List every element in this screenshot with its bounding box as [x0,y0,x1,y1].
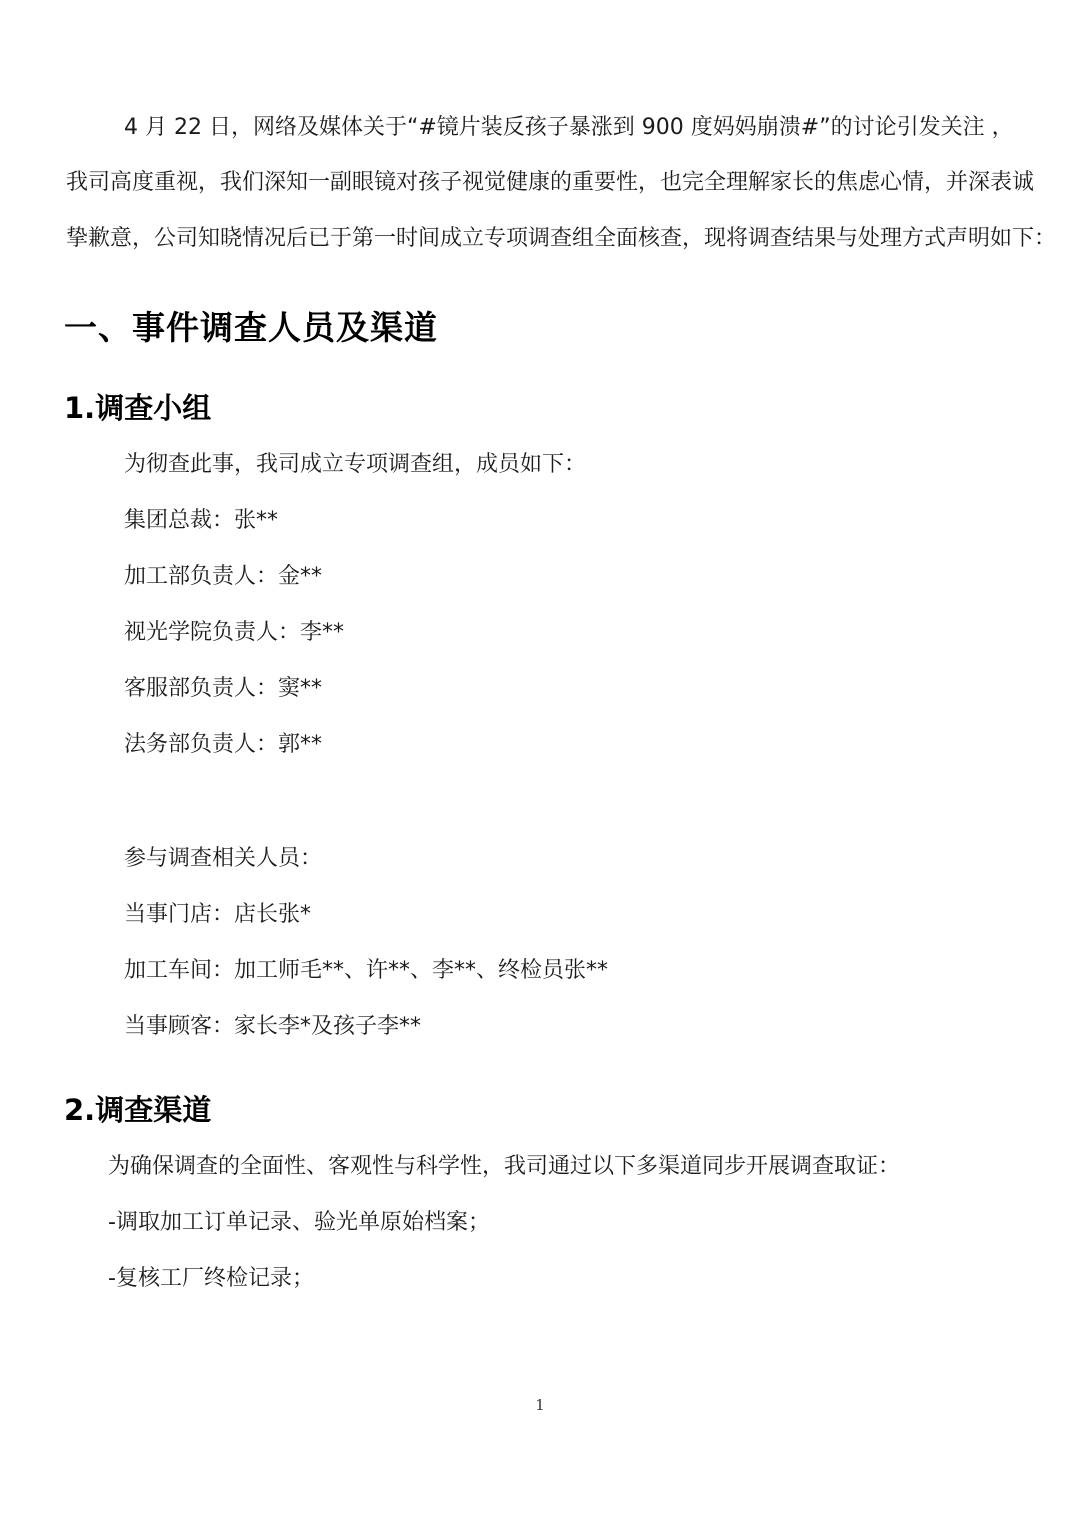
intro-line-1: 4 月 22 日，网络及媒体关于“#镜片装反孩子暴涨到 900 度妈妈崩溃#”的… [124,113,1014,143]
team-member: 客服部负责人：窦** [124,674,322,704]
team-member: 法务部负责人：郭** [124,730,322,760]
section-heading-1: 一、事件调查人员及渠道 [64,306,438,350]
channels-intro: 为确保调查的全面性、客观性与科学性，我司通过以下多渠道同步开展调查取证： [108,1152,900,1182]
team-intro: 为彻查此事，我司成立专项调查组，成员如下： [124,450,586,480]
team-member: 视光学院负责人：李** [124,618,344,648]
channel-item: -调取加工订单记录、验光单原始档案； [108,1208,490,1238]
related-person: 当事顾客：家长李*及孩子李** [124,1012,421,1042]
intro-line-3: 挚歉意，公司知晓情况后已于第一时间成立专项调查组全面核查，现将调查结果与处理方式… [66,224,1056,254]
related-person: 当事门店：店长张* [124,900,311,930]
related-personnel-title: 参与调查相关人员： [124,844,322,874]
page-number: 1 [0,1396,1080,1414]
team-member: 集团总裁：张** [124,506,278,536]
subsection-heading-investigation-channels: 2.调查渠道 [64,1090,211,1130]
channel-item: -复核工厂终检记录； [108,1264,314,1294]
related-person: 加工车间：加工师毛**、许**、李**、终检员张** [124,956,608,986]
team-member: 加工部负责人：金** [124,562,322,592]
intro-line-2: 我司高度重视，我们深知一副眼镜对孩子视觉健康的重要性，也完全理解家长的焦虑心情，… [66,168,1034,198]
subsection-heading-investigation-team: 1.调查小组 [64,388,211,428]
